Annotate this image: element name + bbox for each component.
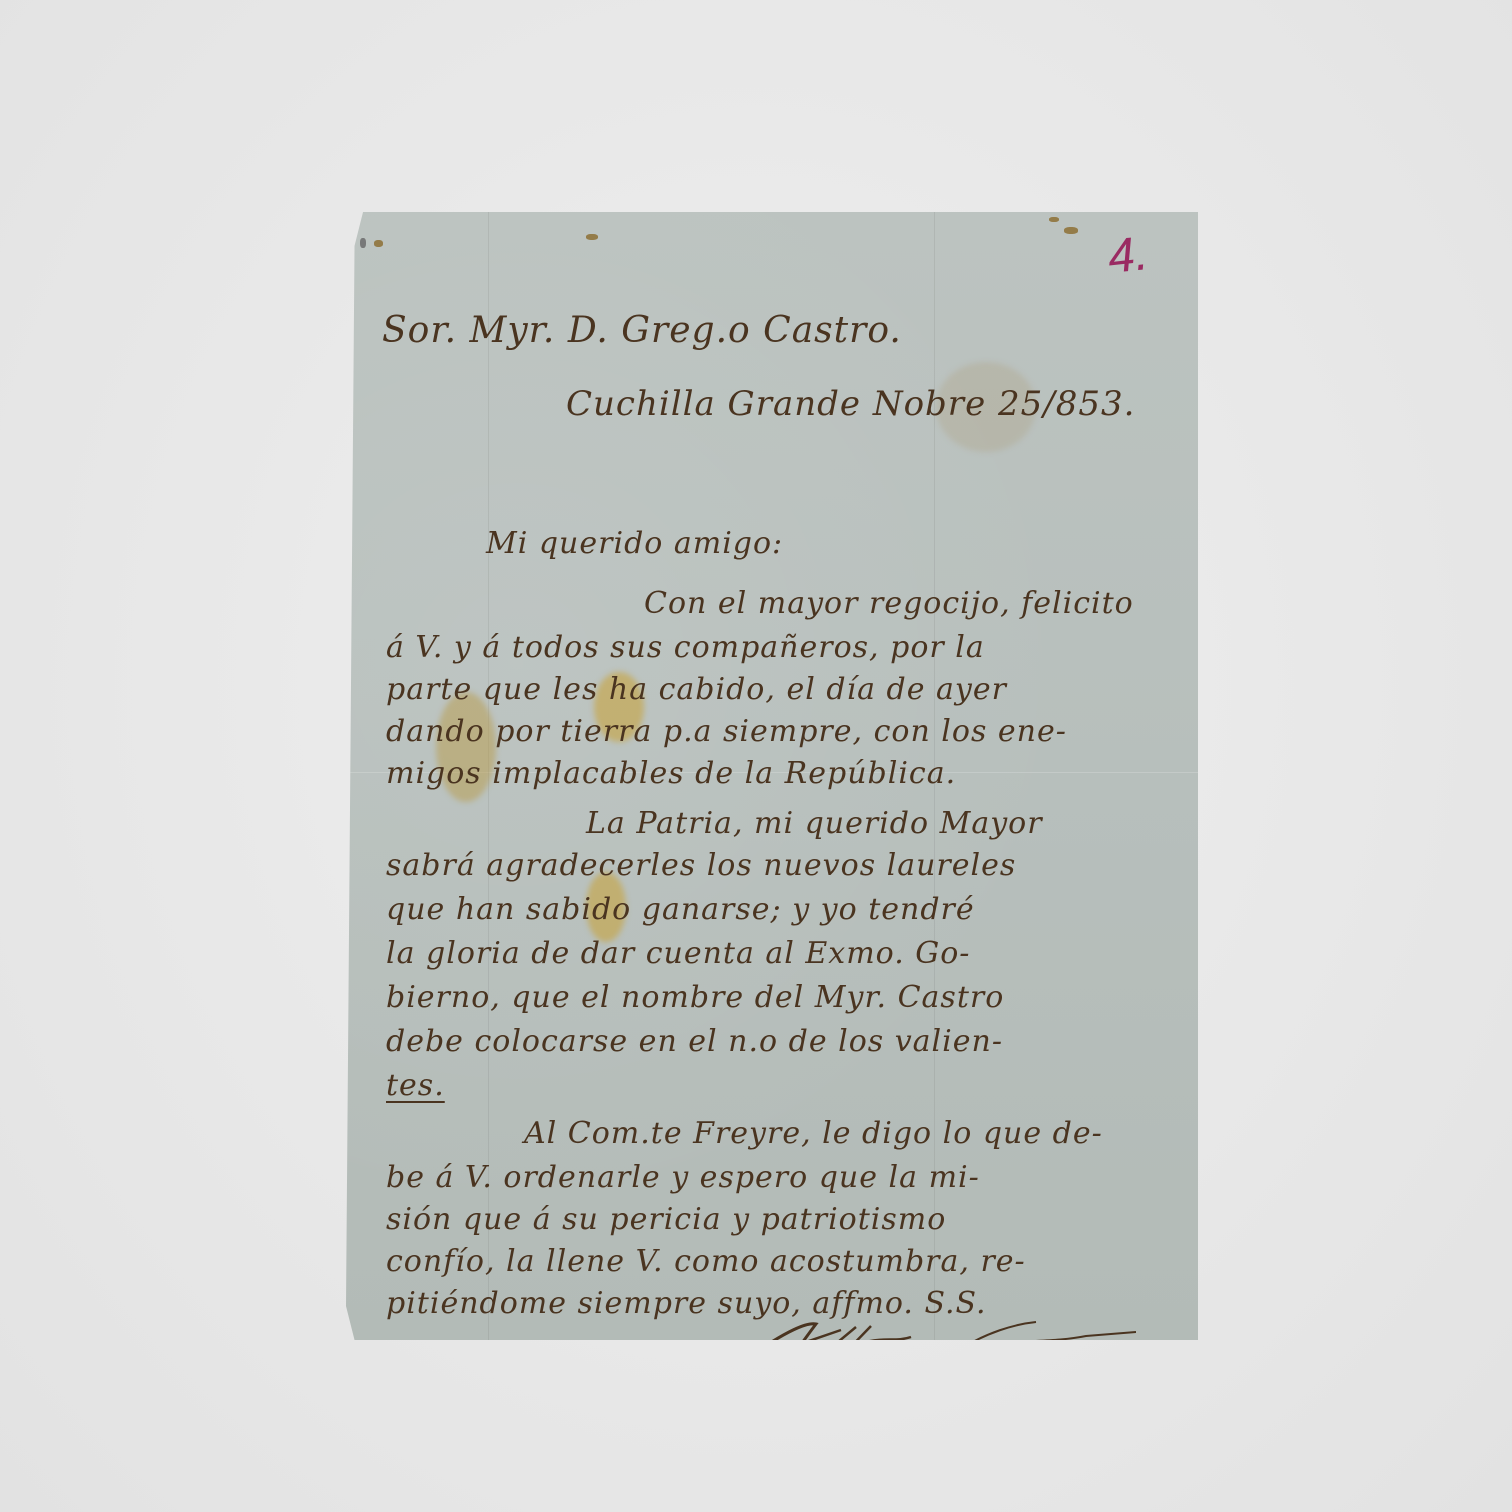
letter-line: la gloria de dar cuenta al Exmo. Go- (386, 936, 970, 971)
letter-line: confío, la llene V. como acostumbra, re- (386, 1244, 1026, 1279)
letter-line: á V. y á todos sus compañeros, por la (386, 630, 985, 665)
ink-spot (1049, 217, 1059, 222)
letter-line: que han sabido ganarse; y yo tendré (386, 892, 975, 927)
letter-place-date: Cuchilla Grande Nobre 25/853. (566, 384, 1135, 424)
ink-spot (374, 240, 383, 247)
photo-background: 4. Sor. Myr. D. Greg.o Castro. Cuchilla … (0, 0, 1512, 1512)
letter-line: debe colocarse en el n.o de los valien- (386, 1024, 1003, 1059)
letter-line: bierno, que el nombre del Myr. Castro (386, 980, 1004, 1015)
ink-spot (1064, 227, 1078, 234)
letter-line: La Patria, mi querido Mayor (586, 806, 1043, 841)
letter-line: migos implacables de la República. (386, 756, 956, 791)
letter-addressee: Sor. Myr. D. Greg.o Castro. (382, 310, 902, 351)
letter-line: sabrá agradecerles los nuevos laureles (386, 848, 1016, 883)
ink-spot (360, 238, 366, 248)
folio-number: 4. (1105, 226, 1151, 285)
letter-line: tes. (386, 1068, 445, 1103)
ink-spot (586, 234, 598, 240)
letter-line: Al Com.te Freyre, le digo lo que de- (524, 1116, 1103, 1151)
letter-line: parte que les ha cabido, el día de ayer (386, 672, 1007, 707)
letter-line: be á V. ordenarle y espero que la mi- (386, 1160, 980, 1195)
letter-sheet: 4. Sor. Myr. D. Greg.o Castro. Cuchilla … (346, 212, 1198, 1340)
letter-line: dando por tierra p.a siempre, con los en… (386, 714, 1067, 749)
letter-line: sión que á su pericia y patriotismo (386, 1202, 946, 1237)
letter-greeting: Mi querido amigo: (486, 526, 783, 561)
letter-line: Con el mayor regocijo, felicito (644, 586, 1134, 621)
